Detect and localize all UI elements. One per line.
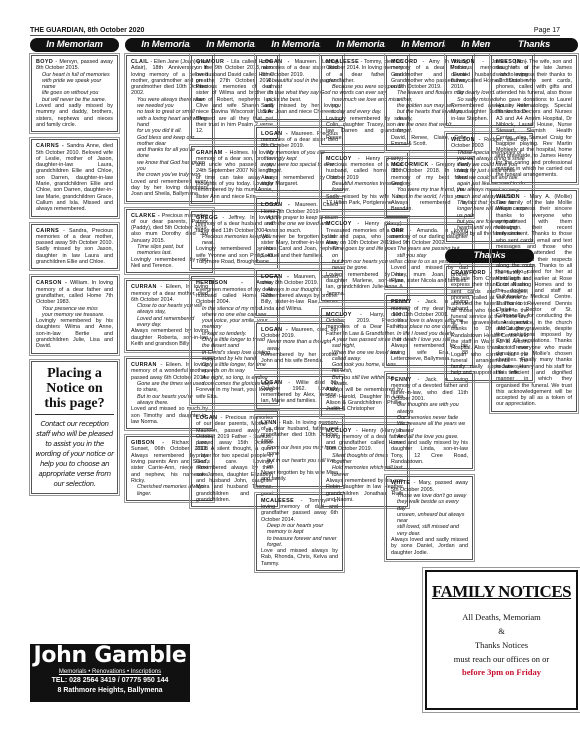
advert-name: John Gamble (30, 644, 190, 668)
notice-carson: CARSON - William. In loving memory of a … (31, 276, 118, 353)
column-1: In Memoriam BOYD - Mervyn, passed away 8… (30, 38, 119, 498)
family-notices-title: FAMILY NOTICES (427, 582, 576, 602)
column-7: Thanks NEESON. - The wife, son and daugh… (490, 38, 578, 419)
advert-telephone: TEL: 028 2564 3419 / 07775 950 144 (30, 676, 190, 686)
notice-boyd: BOYD - Mervyn, passed away 8th October 2… (31, 55, 118, 132)
placing-notice-box: Placing a Notice on this page? Contact o… (31, 361, 118, 494)
masthead: THE GUARDIAN, 8th October 2020 Page 17 (30, 27, 560, 36)
john-gamble-advert: John Gamble Memorials • Renovations • In… (30, 644, 190, 702)
notice-cairns-1: CAIRNS - Sandra Anne, died 5th October 2… (31, 139, 118, 216)
placing-notice-title: Placing a Notice on this page? (35, 366, 114, 415)
advert-address: 8 Rathmore Heights, Ballymena (30, 686, 190, 696)
family-notices-box: FAMILY NOTICES All Deaths, Memoriam & Th… (425, 570, 578, 710)
advert-services: Memorials • Renovations • Inscriptions (30, 668, 190, 676)
section-header: In Memoriam (30, 38, 119, 52)
section-header-thanks: Thanks (490, 38, 578, 52)
placing-notice-body: Contact our reception staff who will be … (35, 419, 114, 489)
deadline-text: before 3pm on Friday (427, 666, 576, 678)
notice-wilson-mollie: WILSON - Mary A. (Mollie) The family of … (491, 190, 577, 412)
page-number: Page 17 (534, 27, 560, 34)
notice-cairns-2: CAIRNS - Sandra, Precious memories of a … (31, 224, 118, 270)
publication-date: THE GUARDIAN, 8th October 2020 (30, 27, 144, 34)
notice-white: WHITE - Mary, passed away 5th October 20… (386, 476, 473, 560)
notice-neeson: NEESON. - The wife, son and daughters of… (491, 55, 577, 183)
